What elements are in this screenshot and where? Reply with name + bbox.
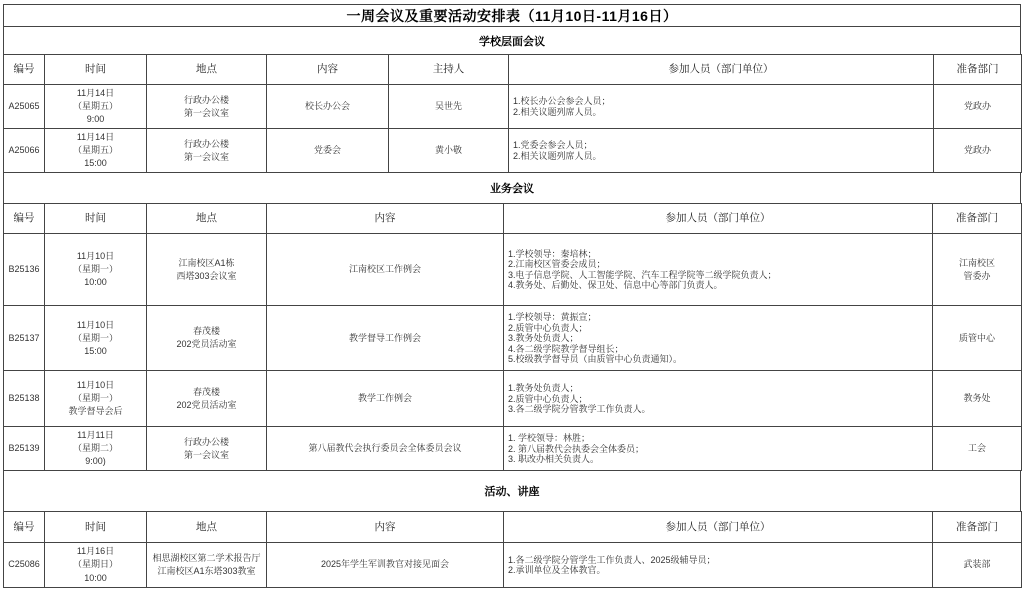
cell-prep: 江南校区 管委办 (933, 234, 1022, 306)
column-header: 内容 (267, 55, 389, 85)
table-row: B2513711月10日 （星期一） 15:00春茂楼 202党员活动室教学督导… (4, 306, 1022, 371)
cell-prep: 质管中心 (933, 306, 1022, 371)
column-header: 内容 (267, 204, 504, 234)
cell-content: 2025年学生军训教官对接见面会 (267, 543, 504, 587)
cell-prep: 党政办 (934, 85, 1022, 129)
cell-id: C25086 (4, 543, 45, 587)
column-header: 时间 (45, 55, 147, 85)
table-row: B2513611月10日 （星期一） 10:00江南校区A1栋 西塔303会议室… (4, 234, 1022, 306)
weekly-schedule-document: 一周会议及重要活动安排表（11月10日-11月16日） 学校层面会议编号时间地点… (3, 4, 1021, 588)
table-row: B2513811月10日 （星期一） 教学督导会后春茂楼 202党员活动室教学工… (4, 371, 1022, 427)
meeting-table: 编号时间地点内容参加人员（部门单位）准备部门C2508611月16日 （星期日）… (3, 511, 1022, 587)
column-header: 准备部门 (934, 55, 1022, 85)
table-row: A2506611月14日 （星期五） 15:00行政办公楼 第一会议室党委会黄小… (4, 129, 1022, 173)
cell-participants: 1.校长办公会参会人员； 2.相关议题列席人员。 (509, 85, 934, 129)
cell-participants: 1. 学校领导：林胜； 2. 第八届教代会执委会全体委员； 3. 职改办相关负责… (504, 427, 933, 471)
cell-participants: 1.学校领导：秦培林； 2.江南校区管委会成员； 3.电子信息学院、人工智能学院… (504, 234, 933, 306)
column-header: 参加人员（部门单位） (509, 55, 934, 85)
schedule-sections: 学校层面会议编号时间地点内容主持人参加人员（部门单位）准备部门A2506511月… (3, 27, 1021, 588)
cell-host: 黄小敬 (389, 129, 509, 173)
column-header: 编号 (4, 204, 45, 234)
cell-time: 11月10日 （星期一） 10:00 (45, 234, 147, 306)
column-header: 地点 (147, 204, 267, 234)
meeting-table: 编号时间地点内容参加人员（部门单位）准备部门B2513611月10日 （星期一）… (3, 203, 1022, 471)
column-header: 准备部门 (933, 512, 1022, 543)
cell-content: 第八届教代会执行委员会全体委员会议 (267, 427, 504, 471)
section-heading: 业务会议 (3, 173, 1021, 203)
meeting-table: 编号时间地点内容主持人参加人员（部门单位）准备部门A2506511月14日 （星… (3, 54, 1022, 173)
cell-id: B25137 (4, 306, 45, 371)
cell-id: B25136 (4, 234, 45, 306)
column-header: 准备部门 (933, 204, 1022, 234)
cell-time: 11月16日 （星期日） 10:00 (45, 543, 147, 587)
column-header: 地点 (147, 55, 267, 85)
cell-host: 吴世先 (389, 85, 509, 129)
cell-content: 教学工作例会 (267, 371, 504, 427)
cell-place: 行政办公楼 第一会议室 (147, 427, 267, 471)
cell-prep: 教务处 (933, 371, 1022, 427)
cell-content: 党委会 (267, 129, 389, 173)
table-row: A2506511月14日 （星期五） 9:00行政办公楼 第一会议室校长办公会吴… (4, 85, 1022, 129)
cell-content: 江南校区工作例会 (267, 234, 504, 306)
cell-id: A25066 (4, 129, 45, 173)
cell-prep: 工会 (933, 427, 1022, 471)
cell-id: B25138 (4, 371, 45, 427)
column-header: 内容 (267, 512, 504, 543)
column-header: 时间 (45, 204, 147, 234)
cell-participants: 1.各二级学院分管学生工作负责人、2025级辅导员； 2.承训单位及全体教官。 (504, 543, 933, 587)
column-header: 参加人员（部门单位） (504, 512, 933, 543)
cell-participants: 1.教务处负责人； 2.质管中心负责人； 3.各二级学院分管教学工作负责人。 (504, 371, 933, 427)
cell-time: 11月14日 （星期五） 9:00 (45, 85, 147, 129)
table-row: B2513911月11日 （星期二） 9:00)行政办公楼 第一会议室第八届教代… (4, 427, 1022, 471)
cell-participants: 1.学校领导：黄振宣； 2.质管中心负责人； 3.教务处负责人； 4.各二级学院… (504, 306, 933, 371)
cell-time: 11月14日 （星期五） 15:00 (45, 129, 147, 173)
column-header: 时间 (45, 512, 147, 543)
section-heading: 活动、讲座 (3, 471, 1021, 511)
cell-time: 11月10日 （星期一） 教学督导会后 (45, 371, 147, 427)
column-header: 参加人员（部门单位） (504, 204, 933, 234)
cell-id: B25139 (4, 427, 45, 471)
table-row: C2508611月16日 （星期日） 10:00相思湖校区第二学术报告厅 江南校… (4, 543, 1022, 587)
cell-content: 校长办公会 (267, 85, 389, 129)
column-header: 编号 (4, 55, 45, 85)
cell-prep: 武装部 (933, 543, 1022, 587)
section-heading: 学校层面会议 (3, 27, 1021, 54)
cell-place: 相思湖校区第二学术报告厅 江南校区A1东塔303教室 (147, 543, 267, 587)
cell-id: A25065 (4, 85, 45, 129)
cell-place: 春茂楼 202党员活动室 (147, 306, 267, 371)
cell-participants: 1.党委会参会人员； 2.相关议题列席人员。 (509, 129, 934, 173)
column-header: 主持人 (389, 55, 509, 85)
column-header: 地点 (147, 512, 267, 543)
cell-place: 江南校区A1栋 西塔303会议室 (147, 234, 267, 306)
column-header: 编号 (4, 512, 45, 543)
cell-prep: 党政办 (934, 129, 1022, 173)
cell-place: 行政办公楼 第一会议室 (147, 85, 267, 129)
cell-content: 教学督导工作例会 (267, 306, 504, 371)
page-title: 一周会议及重要活动安排表（11月10日-11月16日） (3, 4, 1021, 27)
cell-place: 春茂楼 202党员活动室 (147, 371, 267, 427)
cell-time: 11月10日 （星期一） 15:00 (45, 306, 147, 371)
cell-time: 11月11日 （星期二） 9:00) (45, 427, 147, 471)
cell-place: 行政办公楼 第一会议室 (147, 129, 267, 173)
